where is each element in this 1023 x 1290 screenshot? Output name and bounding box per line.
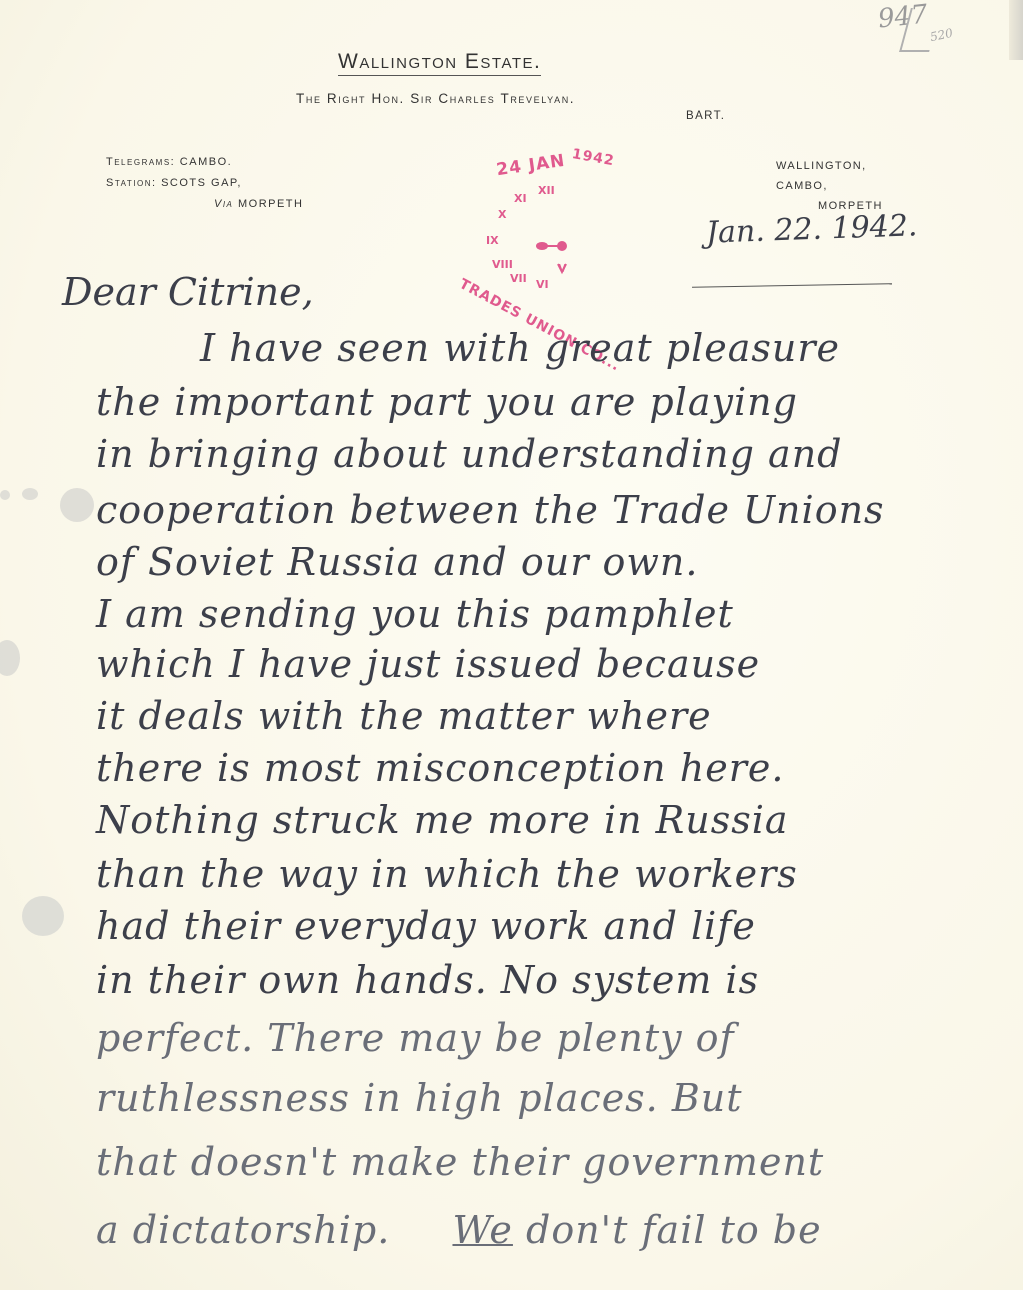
svg-text:IX: IX	[486, 234, 499, 247]
body-line-7: which I have just issued because	[96, 642, 760, 686]
body-line-12: had their everyday work and life	[96, 904, 756, 948]
svg-text:VII: VII	[510, 272, 527, 285]
body-line-9: there is most misconception here.	[96, 746, 784, 790]
via-place: MORPETH	[238, 198, 304, 210]
svg-text:XI: XI	[514, 192, 527, 205]
via-prefix: Via	[214, 198, 233, 210]
body-line-16: that doesn't make their government	[96, 1140, 824, 1184]
body-line-8: it deals with the matter where	[96, 694, 712, 738]
body-line-17-start: a dictatorship.	[96, 1208, 390, 1252]
stamp-year: 1942	[571, 146, 616, 169]
letterhead-address-block: WALLINGTON, CAMBO, MORPETH	[776, 156, 883, 216]
svg-text:XII: XII	[538, 184, 555, 197]
body-line-4: cooperation between the Trade Unions	[96, 488, 885, 532]
letter-date: Jan. 22. 1942.	[705, 208, 918, 250]
underlined-word-we: We	[452, 1208, 512, 1252]
body-line-1: I have seen with great pleasure	[200, 326, 840, 370]
body-line-5: of Soviet Russia and our own.	[96, 540, 698, 584]
body-line-6: I am sending you this pamphlet	[96, 592, 734, 636]
received-date-stamp: 24 JAN 1942 XII XI X IX VIII VII VI V TR…	[462, 148, 632, 328]
body-line-17-end: don't fail to be	[513, 1208, 822, 1252]
address-line-1: WALLINGTON,	[776, 156, 883, 176]
body-line-2: the important part you are playing	[96, 380, 798, 424]
paper-stain	[22, 896, 64, 936]
station-line: Station: SCOTS GAP,	[106, 173, 303, 194]
body-line-13: in their own hands. No system is	[96, 958, 759, 1002]
letterhead-owner: The Right Hon. Sir Charles Trevelyan.	[296, 91, 575, 106]
salutation: Dear Citrine,	[62, 270, 314, 314]
paper-stain	[22, 488, 38, 500]
body-line-14: perfect. There may be plenty of	[96, 1016, 735, 1060]
body-line-10: Nothing struck me more in Russia	[96, 798, 789, 842]
via-line: Via MORPETH	[106, 194, 303, 215]
paper-corner-fold	[1009, 0, 1023, 60]
paper-stain	[60, 488, 94, 522]
letterhead-title: Wallington Estate.	[338, 50, 541, 76]
body-line-11: than the way in which the workers	[96, 852, 798, 896]
address-line-2: CAMBO,	[776, 176, 883, 196]
letterhead-owner-suffix: BART.	[686, 110, 725, 122]
svg-text:VI: VI	[536, 278, 549, 291]
paper-stain	[0, 490, 10, 500]
letterhead-contact-block: Telegrams: CAMBO. Station: SCOTS GAP, Vi…	[106, 152, 303, 215]
telegrams-line: Telegrams: CAMBO.	[106, 152, 303, 173]
body-line-15: ruthlessness in high places. But	[96, 1076, 743, 1120]
body-line-3: in bringing about understanding and	[96, 432, 843, 476]
svg-text:X: X	[498, 208, 507, 221]
body-line-17: a dictatorship. We don't fail to be	[96, 1208, 822, 1252]
svg-text:VIII: VIII	[492, 258, 513, 271]
